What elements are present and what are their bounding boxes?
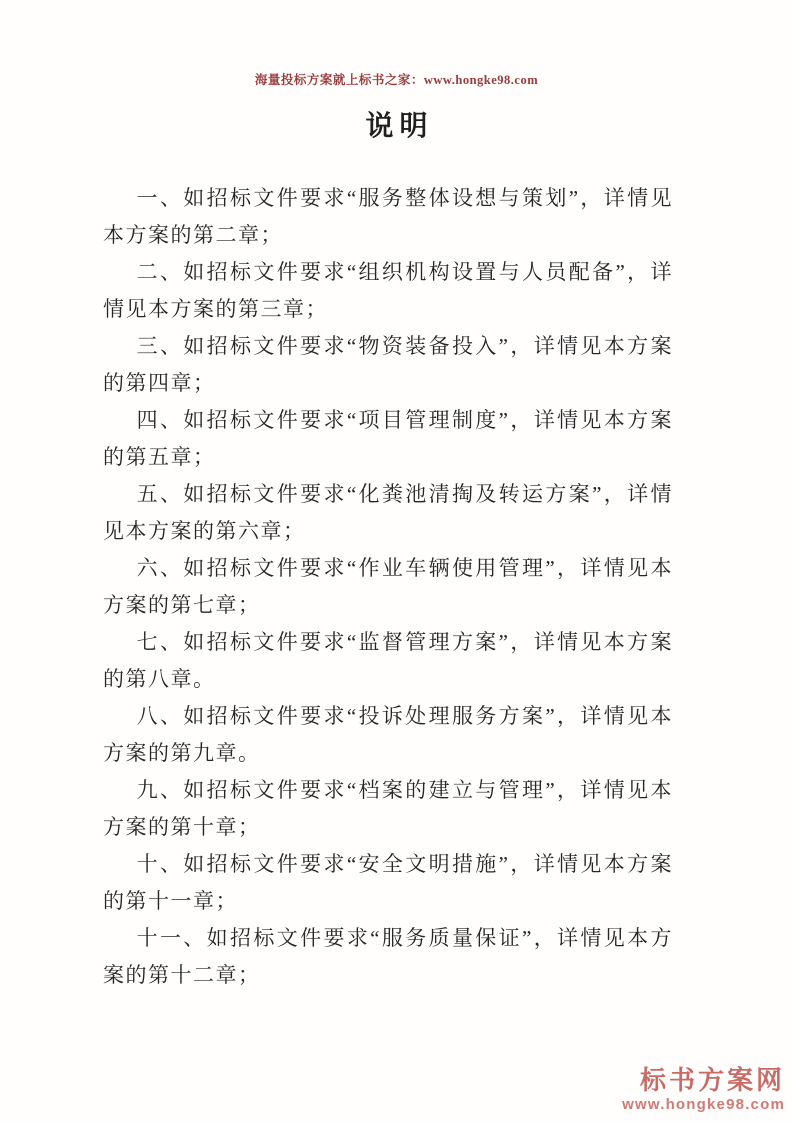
document-body: 一、如招标文件要求“服务整体设想与策划”，详情见本方案的第二章； 二、如招标文件… bbox=[103, 180, 673, 994]
body-paragraph: 三、如招标文件要求“物资装备投入”，详情见本方案的第四章； bbox=[103, 328, 673, 402]
body-paragraph: 五、如招标文件要求“化粪池清掏及转运方案”，详情见本方案的第六章； bbox=[103, 476, 673, 550]
site-watermark: 标书方案网 www.hongke98.com bbox=[622, 1067, 785, 1112]
body-paragraph: 十一、如招标文件要求“服务质量保证”，详情见本方案的第十二章； bbox=[103, 920, 673, 994]
body-paragraph: 九、如招标文件要求“档案的建立与管理”，详情见本方案的第十章； bbox=[103, 772, 673, 846]
site-url-text: www.hongke98.com bbox=[622, 1097, 785, 1112]
page-title: 说明 bbox=[0, 104, 793, 144]
body-paragraph: 十、如招标文件要求“安全文明措施”，详情见本方案的第十一章； bbox=[103, 846, 673, 920]
body-paragraph: 七、如招标文件要求“监督管理方案”，详情见本方案的第八章。 bbox=[103, 624, 673, 698]
body-paragraph: 一、如招标文件要求“服务整体设想与策划”，详情见本方案的第二章； bbox=[103, 180, 673, 254]
body-paragraph: 六、如招标文件要求“作业车辆使用管理”，详情见本方案的第七章； bbox=[103, 550, 673, 624]
body-paragraph: 四、如招标文件要求“项目管理制度”，详情见本方案的第五章； bbox=[103, 402, 673, 476]
document-page: 海量投标方案就上标书之家：www.hongke98.com 说明 一、如招标文件… bbox=[0, 0, 793, 1122]
body-paragraph: 二、如招标文件要求“组织机构设置与人员配备”，详情见本方案的第三章； bbox=[103, 254, 673, 328]
header-watermark-text: 海量投标方案就上标书之家：www.hongke98.com bbox=[0, 70, 793, 88]
body-paragraph: 八、如招标文件要求“投诉处理服务方案”，详情见本方案的第九章。 bbox=[103, 698, 673, 772]
site-logo-text: 标书方案网 bbox=[622, 1067, 785, 1093]
